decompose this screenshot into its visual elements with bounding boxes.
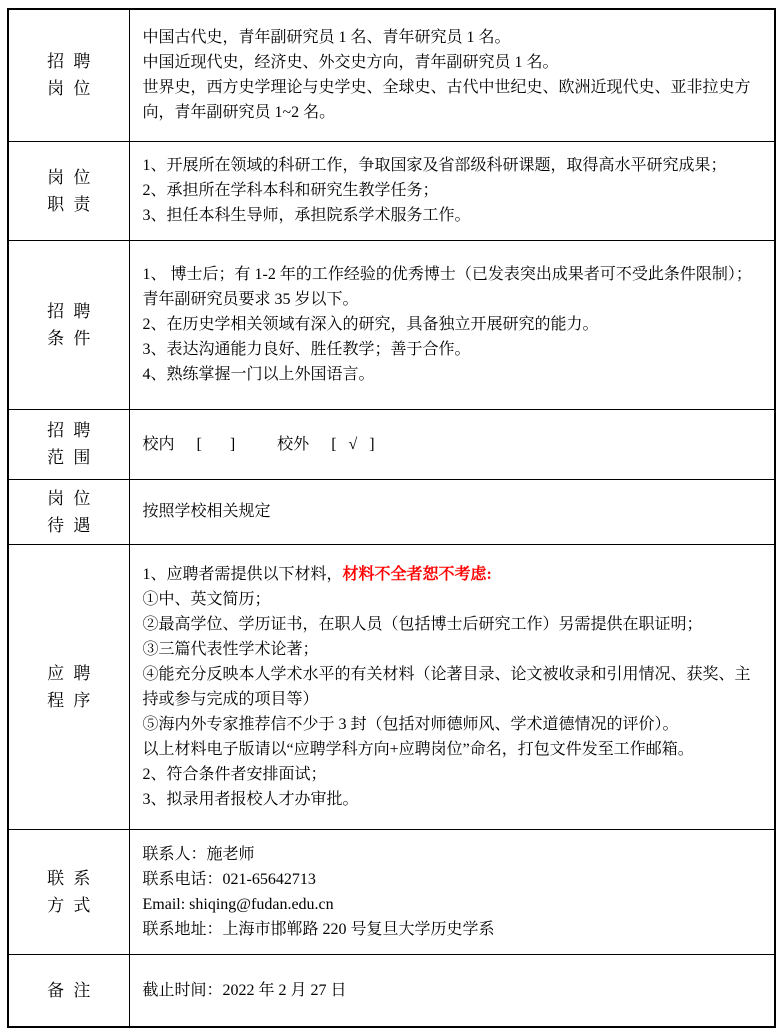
procedure-line: 2、符合条件者安排面试； [143,762,763,787]
duty-line: 3、担任本科生导师，承担院系学术服务工作。 [143,203,763,228]
procedure-warning-text: 材料不全者恕不考虑: [343,566,492,583]
row-header-contact-info: 联 系 方 式 [8,829,129,954]
procedure-line: ③三篇代表性学术论著； [143,637,763,662]
position-line: 中国古代史，青年副研究员 1 名、青年研究员 1 名。 [143,25,763,50]
row-header-recruitment-requirements: 招 聘 条 件 [8,240,129,409]
position-line: 中国近现代史，经济史、外交史方向，青年副研究员 1 名。 [143,50,763,75]
duty-line: 2、承担所在学科本科和研究生教学任务； [143,178,763,203]
row-header-line: 条 件 [13,325,125,352]
table-row: 备 注 截止时间：2022 年 2 月 27 日 [8,954,775,1027]
contact-phone: 联系电话：021-65642713 [143,867,763,892]
procedure-line: ②最高学位、学历证书，在职人员（包括博士后研究工作）另需提供在职证明； [143,612,763,637]
requirement-line: 3、表达沟通能力良好、胜任教学；善于合作。 [143,337,763,362]
compensation-line: 按照学校相关规定 [143,499,763,524]
procedure-line: ①中、英文简历； [143,587,763,612]
row-header-recruitment-positions: 招 聘 岗 位 [8,9,129,141]
row-header-line: 岗 位 [13,75,125,102]
row-header-line: 岗 位 [13,485,125,512]
row-header-line: 备 注 [13,977,125,1004]
row-header-compensation: 岗 位 待 遇 [8,479,129,544]
procedure-intro-line: 1、应聘者需提供以下材料，材料不全者恕不考虑: [143,562,763,587]
row-header-line: 程 序 [13,687,125,714]
row-header-application-procedure: 应 聘 程 序 [8,544,129,829]
row-header-line: 方 式 [13,892,125,919]
cell-job-duties: 1、开展所在领域的科研工作，争取国家及省部级科研课题，取得高水平研究成果； 2、… [129,141,775,240]
cell-contact-info: 联系人：施老师 联系电话：021-65642713 Email: shiqing… [129,829,775,954]
row-header-recruitment-scope: 招 聘 范 围 [8,409,129,479]
row-header-line: 招 聘 [13,417,125,444]
table-row: 招 聘 条 件 1、 博士后；有 1-2 年的工作经验的优秀博士（已发表突出成果… [8,240,775,409]
position-line: 世界史，西方史学理论与史学史、全球史、古代中世纪史、欧洲近现代史、亚非拉史方向，… [143,75,763,125]
table-row: 应 聘 程 序 1、应聘者需提供以下材料，材料不全者恕不考虑: ①中、英文简历；… [8,544,775,829]
procedure-line: 3、拟录用者报校人才办审批。 [143,787,763,812]
requirement-line: 4、熟练掌握一门以上外国语言。 [143,362,763,387]
scope-external-label: 校外 [277,436,309,453]
cell-application-procedure: 1、应聘者需提供以下材料，材料不全者恕不考虑: ①中、英文简历； ②最高学位、学… [129,544,775,829]
checkbox-internal-unchecked: [ ] [197,436,236,453]
procedure-line: ⑤海内外专家推荐信不少于 3 封（包括对师德师风、学术道德情况的评价）。 [143,712,763,737]
table-row: 岗 位 职 责 1、开展所在领域的科研工作，争取国家及省部级科研课题，取得高水平… [8,141,775,240]
contact-address: 联系地址：上海市邯郸路 220 号复旦大学历史学系 [143,917,763,942]
checkbox-external-checked: [ √ ] [331,436,374,453]
procedure-intro-text: 1、应聘者需提供以下材料， [143,566,343,583]
row-header-line: 招 聘 [13,48,125,75]
cell-recruitment-requirements: 1、 博士后；有 1-2 年的工作经验的优秀博士（已发表突出成果者可不受此条件限… [129,240,775,409]
row-header-line: 范 围 [13,444,125,471]
recruitment-table: 招 聘 岗 位 中国古代史，青年副研究员 1 名、青年研究员 1 名。 中国近现… [7,8,776,1028]
cell-remarks: 截止时间：2022 年 2 月 27 日 [129,954,775,1027]
row-header-line: 职 责 [13,191,125,218]
row-header-job-duties: 岗 位 职 责 [8,141,129,240]
cell-compensation: 按照学校相关规定 [129,479,775,544]
contact-person: 联系人：施老师 [143,842,763,867]
contact-email: Email: shiqing@fudan.edu.cn [143,892,763,917]
row-header-line: 应 聘 [13,660,125,687]
row-header-line: 岗 位 [13,164,125,191]
scope-internal-label: 校内 [143,436,175,453]
cell-recruitment-positions: 中国古代史，青年副研究员 1 名、青年研究员 1 名。 中国近现代史，经济史、外… [129,9,775,141]
scope-line: 校内[ ]校外[ √ ] [143,432,763,457]
row-header-line: 招 聘 [13,298,125,325]
recruitment-document: 招 聘 岗 位 中国古代史，青年副研究员 1 名、青年研究员 1 名。 中国近现… [0,0,783,1034]
table-row: 岗 位 待 遇 按照学校相关规定 [8,479,775,544]
cell-recruitment-scope: 校内[ ]校外[ √ ] [129,409,775,479]
deadline-line: 截止时间：2022 年 2 月 27 日 [143,978,763,1003]
requirement-line: 1、 博士后；有 1-2 年的工作经验的优秀博士（已发表突出成果者可不受此条件限… [143,262,763,312]
table-row: 招 聘 岗 位 中国古代史，青年副研究员 1 名、青年研究员 1 名。 中国近现… [8,9,775,141]
requirement-line: 2、在历史学相关领域有深入的研究，具备独立开展研究的能力。 [143,312,763,337]
duty-line: 1、开展所在领域的科研工作，争取国家及省部级科研课题，取得高水平研究成果； [143,153,763,178]
row-header-line: 联 系 [13,865,125,892]
table-row: 联 系 方 式 联系人：施老师 联系电话：021-65642713 Email:… [8,829,775,954]
table-row: 招 聘 范 围 校内[ ]校外[ √ ] [8,409,775,479]
row-header-remarks: 备 注 [8,954,129,1027]
row-header-line: 待 遇 [13,512,125,539]
procedure-line: ④能充分反映本人学术水平的有关材料（论著目录、论文被收录和引用情况、获奖、主持或… [143,662,763,712]
procedure-line: 以上材料电子版请以“应聘学科方向+应聘岗位”命名，打包文件发至工作邮箱。 [143,737,763,762]
